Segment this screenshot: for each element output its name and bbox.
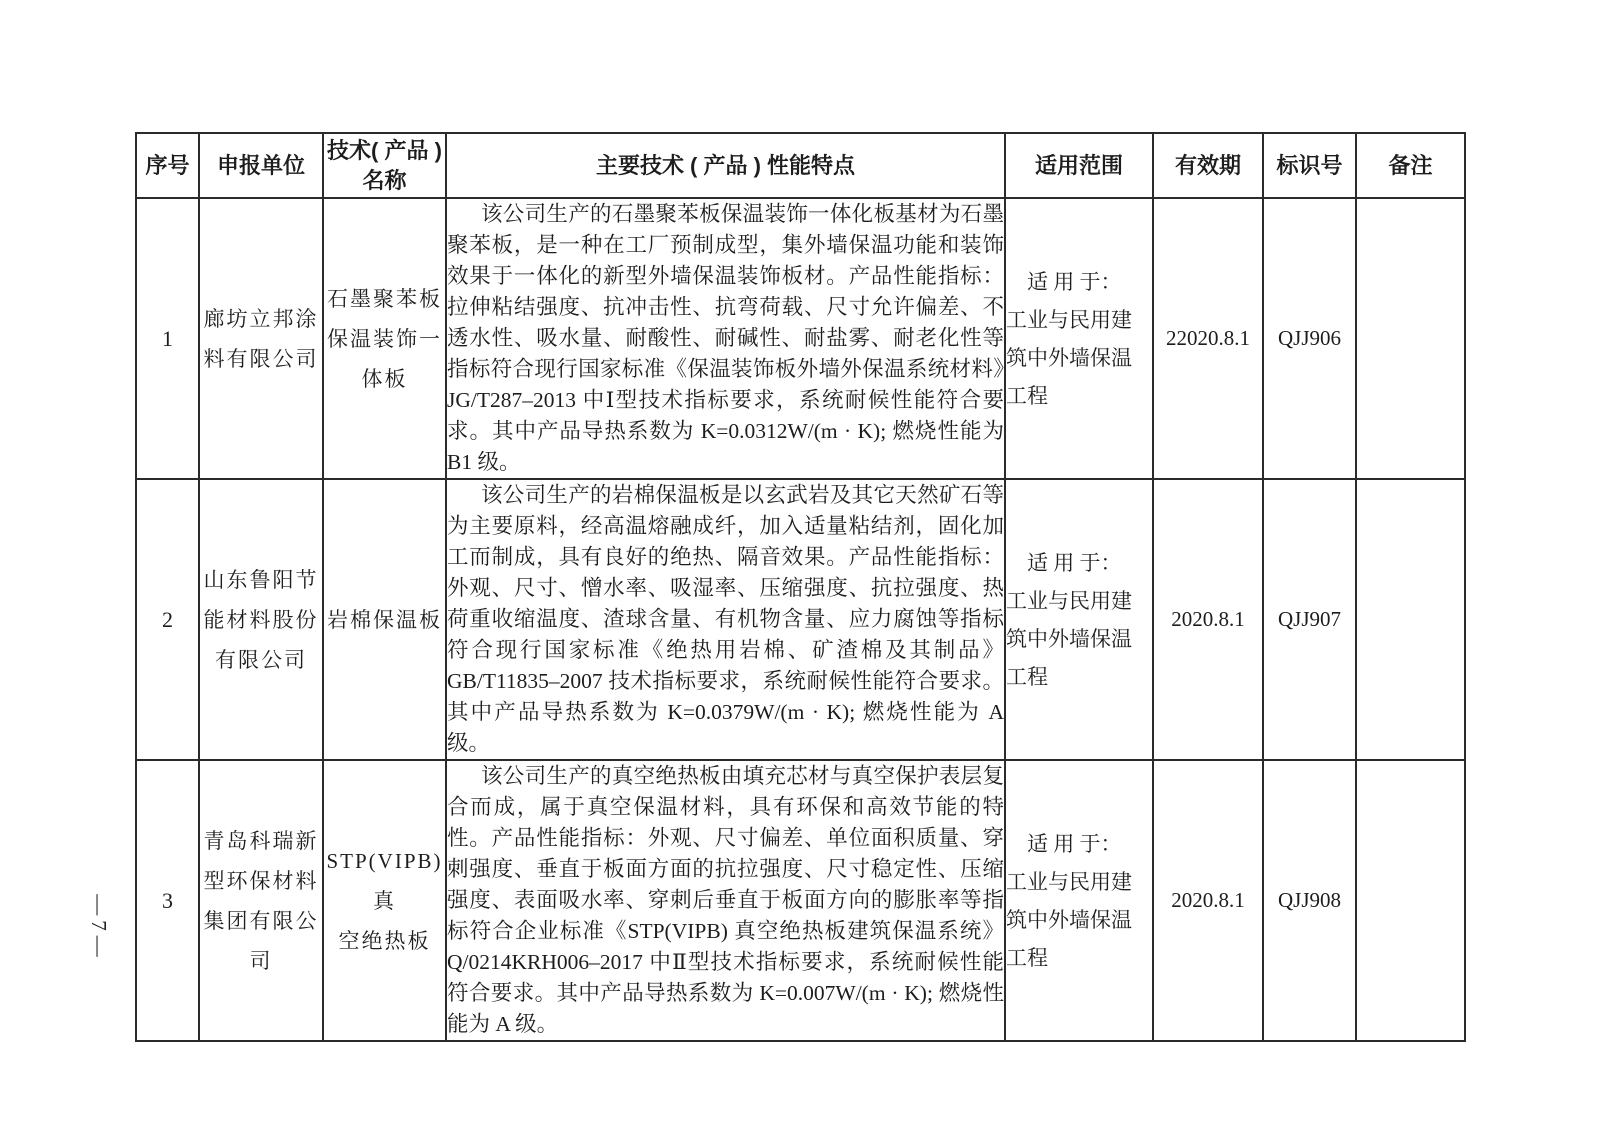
cell-features: 该公司生产的岩棉保温板是以玄武岩及其它天然矿石等为主要原料，经高温熔融成纤，加入… [446, 479, 1005, 760]
cell-product: 岩棉保温板 [323, 479, 446, 760]
cell-product: STP(VIPB) 真 空绝热板 [323, 760, 446, 1041]
cell-scope: 适 用 于： 工业与民用建 筑中外墙保温 工程 [1005, 198, 1153, 479]
cell-validity: 2020.8.1 [1153, 760, 1263, 1041]
header-scope: 适用范围 [1005, 133, 1153, 198]
cell-features: 该公司生产的石墨聚苯板保温装饰一体化板基材为石墨聚苯板，是一种在工厂预制成型，集… [446, 198, 1005, 479]
table-row: 3 青岛科瑞新 型环保材料 集团有限公 司 STP(VIPB) 真 空绝热板 该… [136, 760, 1465, 1041]
cell-index: 1 [136, 198, 199, 479]
header-validity: 有效期 [1153, 133, 1263, 198]
cell-scope: 适 用 于： 工业与民用建 筑中外墙保温 工程 [1005, 479, 1153, 760]
page-number: —7— [84, 883, 114, 973]
cell-remark [1356, 479, 1465, 760]
cell-index: 2 [136, 479, 199, 760]
document-page: —7— 序号 申报单位 技术( 产品 ) 名称 主要技术 ( 产品 ) 性能特点… [0, 0, 1600, 1131]
cell-id: QJJ908 [1263, 760, 1356, 1041]
header-product-name: 技术( 产品 ) 名称 [323, 133, 446, 198]
cell-features: 该公司生产的真空绝热板由填充芯材与真空保护表层复合而成，属于真空保温材料，具有环… [446, 760, 1005, 1041]
header-index: 序号 [136, 133, 199, 198]
header-row: 序号 申报单位 技术( 产品 ) 名称 主要技术 ( 产品 ) 性能特点 适用范… [136, 133, 1465, 198]
cell-validity: 22020.8.1 [1153, 198, 1263, 479]
page-number-text: —7— [87, 894, 112, 962]
approval-table: 序号 申报单位 技术( 产品 ) 名称 主要技术 ( 产品 ) 性能特点 适用范… [135, 132, 1466, 1042]
cell-id: QJJ906 [1263, 198, 1356, 479]
header-id: 标识号 [1263, 133, 1356, 198]
header-remark: 备注 [1356, 133, 1465, 198]
header-features: 主要技术 ( 产品 ) 性能特点 [446, 133, 1005, 198]
cell-product: 石墨聚苯板 保温装饰一 体板 [323, 198, 446, 479]
cell-remark [1356, 760, 1465, 1041]
cell-applicant: 青岛科瑞新 型环保材料 集团有限公 司 [199, 760, 323, 1041]
cell-applicant: 廊坊立邦涂 料有限公司 [199, 198, 323, 479]
cell-remark [1356, 198, 1465, 479]
table-row: 1 廊坊立邦涂 料有限公司 石墨聚苯板 保温装饰一 体板 该公司生产的石墨聚苯板… [136, 198, 1465, 479]
cell-validity: 2020.8.1 [1153, 479, 1263, 760]
header-applicant: 申报单位 [199, 133, 323, 198]
table-row: 2 山东鲁阳节 能材料股份 有限公司 岩棉保温板 该公司生产的岩棉保温板是以玄武… [136, 479, 1465, 760]
cell-scope: 适 用 于： 工业与民用建 筑中外墙保温 工程 [1005, 760, 1153, 1041]
cell-index: 3 [136, 760, 199, 1041]
cell-id: QJJ907 [1263, 479, 1356, 760]
cell-applicant: 山东鲁阳节 能材料股份 有限公司 [199, 479, 323, 760]
